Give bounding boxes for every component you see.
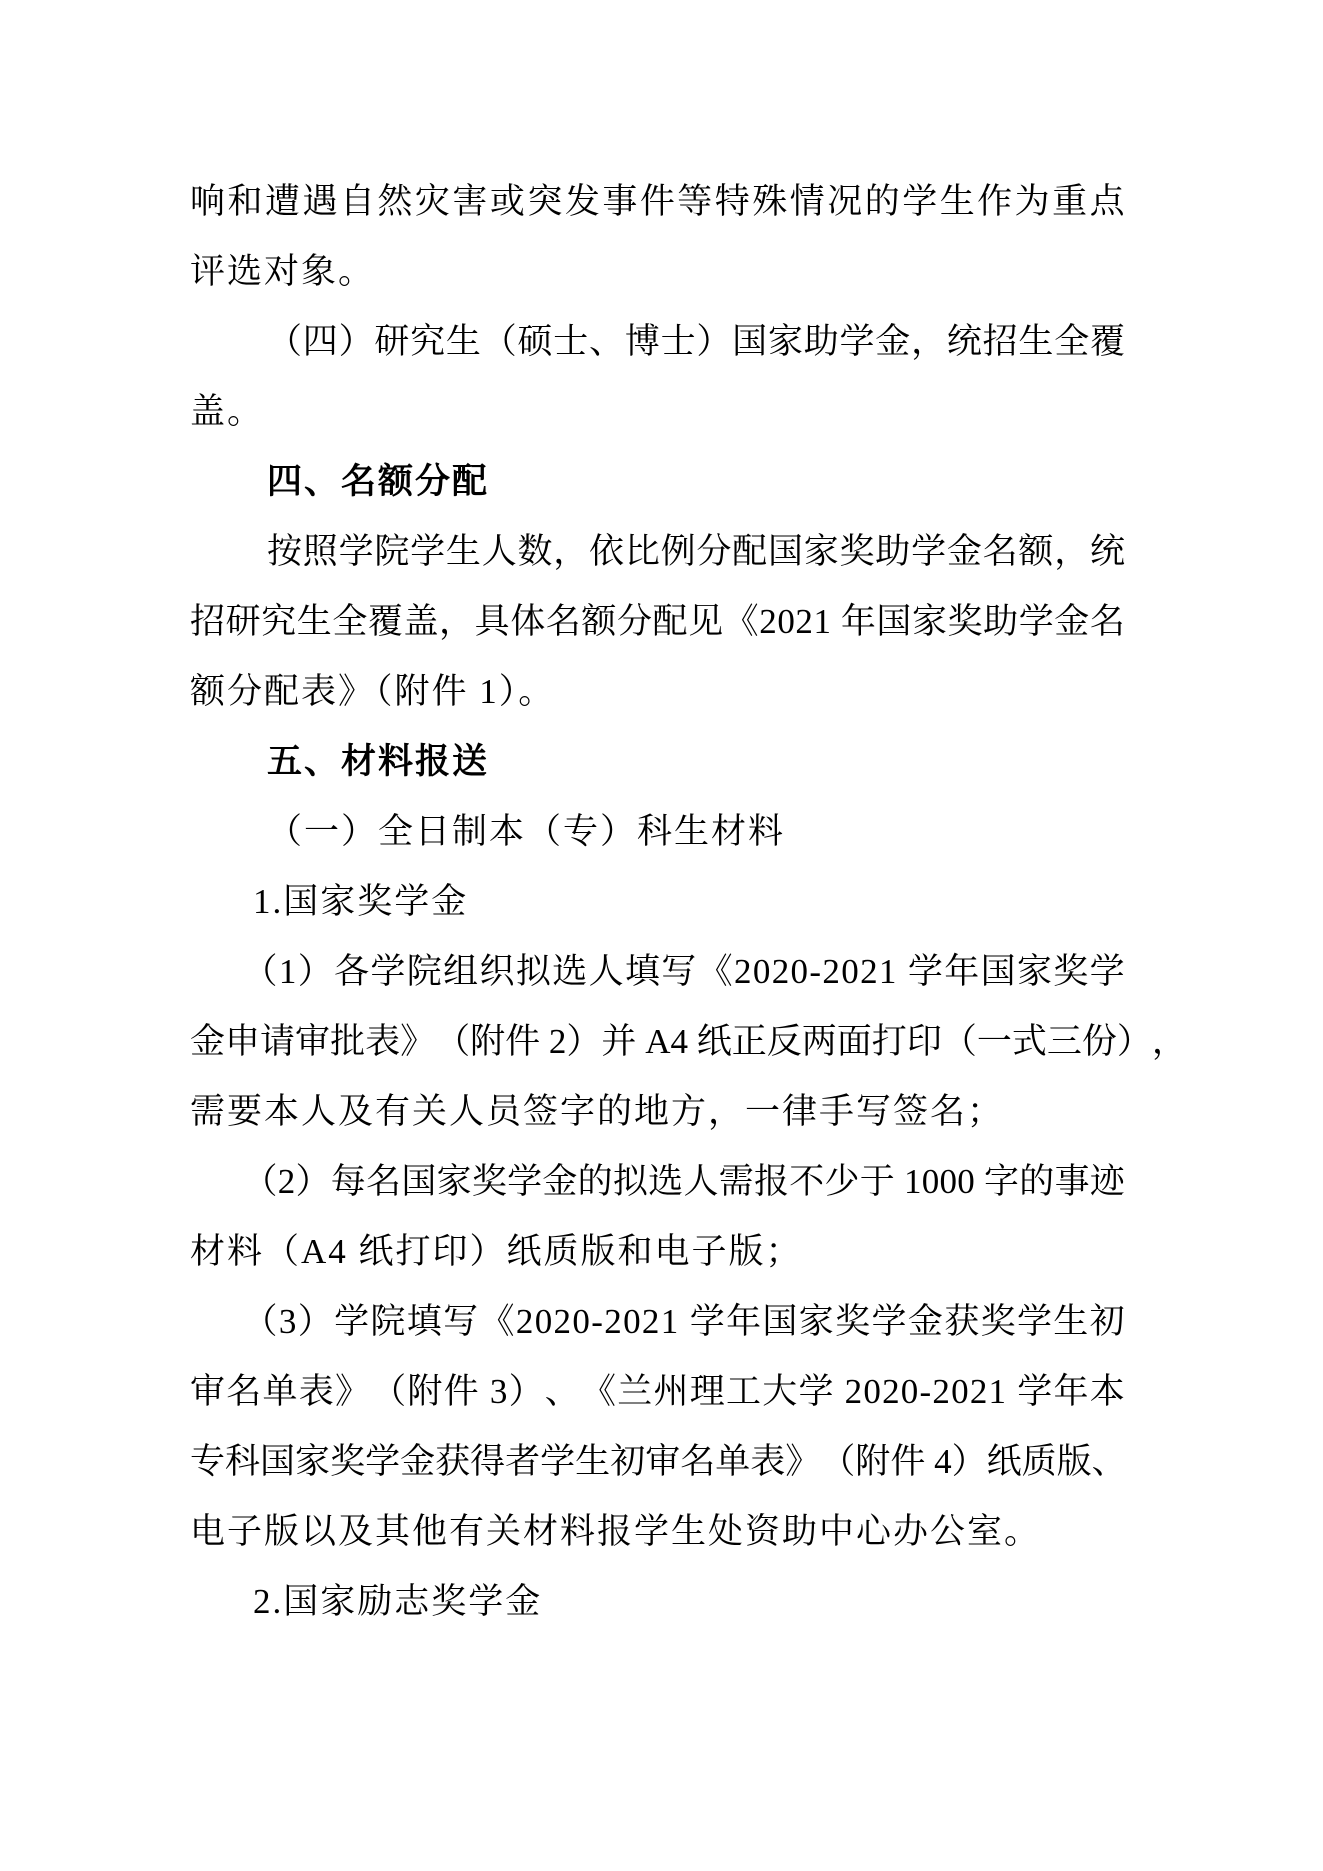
document-line: 1.国家奖学金 [190,867,1125,937]
document-line: 招研究生全覆盖，具体名额分配见《2021 年国家奖助学金名 [190,587,1125,657]
document-page: 响和遭遇自然灾害或突发事件等特殊情况的学生作为重点评选对象。（四）研究生（硕士、… [0,0,1323,1871]
document-line: （1）各学院组织拟选人填写《2020-2021 学年国家奖学 [190,937,1125,1007]
document-line: 按照学院学生人数，依比例分配国家奖助学金名额，统 [190,517,1125,587]
document-line: 盖。 [190,377,1125,447]
document-line: （四）研究生（硕士、博士）国家助学金，统招生全覆 [190,307,1125,377]
document-line: 响和遭遇自然灾害或突发事件等特殊情况的学生作为重点 [190,167,1125,237]
document-line: 需要本人及有关人员签字的地方，一律手写签名； [190,1077,1125,1147]
document-line: 2.国家励志奖学金 [190,1567,1125,1637]
document-line: 专科国家奖学金获得者学生初审名单表》（附件 4）纸质版、 [190,1427,1125,1497]
document-line: 金申请审批表》（附件 2）并 A4 纸正反两面打印（一式三份）， [190,1007,1125,1077]
document-line: 材料（A4 纸打印）纸质版和电子版； [190,1217,1125,1287]
document-line: （2）每名国家奖学金的拟选人需报不少于 1000 字的事迹 [190,1147,1125,1217]
document-body: 响和遭遇自然灾害或突发事件等特殊情况的学生作为重点评选对象。（四）研究生（硕士、… [190,167,1125,1637]
document-line: 审名单表》（附件 3）、《兰州理工大学 2020-2021 学年本 [190,1357,1125,1427]
document-line: 电子版以及其他有关材料报学生处资助中心办公室。 [190,1497,1125,1567]
document-line: （一）全日制本（专）科生材料 [190,797,1125,867]
section-heading-line: 五、材料报送 [190,727,1125,797]
document-line: 额分配表》（附件 1）。 [190,657,1125,727]
section-heading-line: 四、名额分配 [190,447,1125,517]
document-line: 评选对象。 [190,237,1125,307]
document-line: （3）学院填写《2020-2021 学年国家奖学金获奖学生初 [190,1287,1125,1357]
